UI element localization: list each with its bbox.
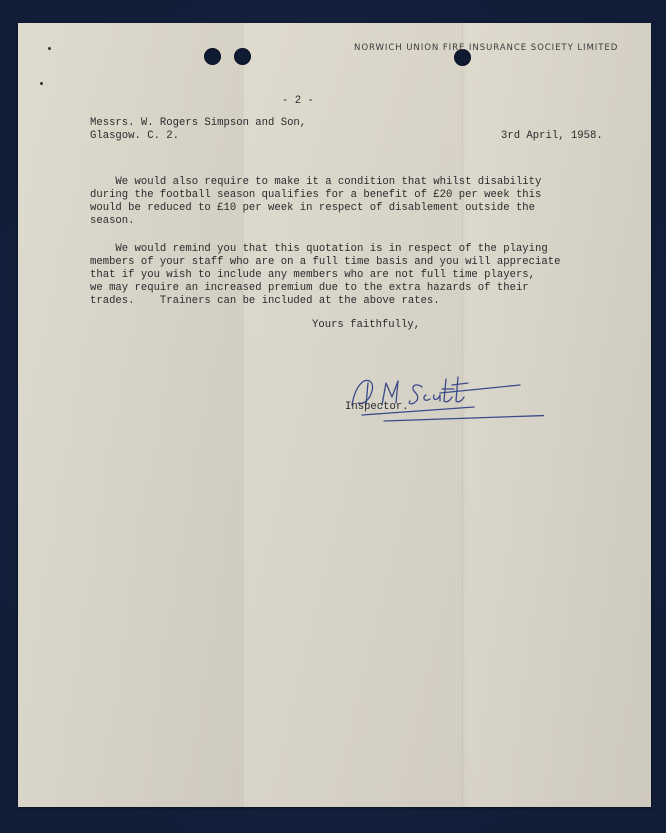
closing: Yours faithfully, <box>312 319 420 332</box>
paragraph-line: that if you wish to include any members … <box>90 269 535 281</box>
signature-icon <box>344 363 544 423</box>
paragraph-line: We would remind you that this quotation … <box>90 243 548 255</box>
recipient-line-1: Messrs. W. Rogers Simpson and Son, <box>90 117 306 129</box>
pin-hole <box>40 82 43 85</box>
paragraph-1: We would also require to make it a condi… <box>90 176 541 228</box>
punch-hole <box>204 48 221 65</box>
paragraph-line: would be reduced to £10 per week in resp… <box>90 202 535 214</box>
recipient-line-2: Glasgow. C. 2. <box>90 130 179 142</box>
paragraph-line: we may require an increased premium due … <box>90 282 529 294</box>
signatory-title: Inspector. <box>345 401 409 414</box>
paragraph-line: during the football season qualifies for… <box>90 189 541 201</box>
paragraph-line: members of your staff who are on a full … <box>90 256 560 268</box>
paragraph-2: We would remind you that this quotation … <box>90 243 560 308</box>
paragraph-line: season. <box>90 215 135 227</box>
page-number: - 2 - <box>282 95 314 108</box>
paragraph-line: We would also require to make it a condi… <box>90 176 541 188</box>
pin-hole <box>48 47 51 50</box>
punch-hole <box>234 48 251 65</box>
recipient-address: Messrs. W. Rogers Simpson and Son, Glasg… <box>90 117 306 143</box>
letter-sheet: NORWICH UNION FIRE INSURANCE SOCIETY LIM… <box>18 23 651 807</box>
letter-date: 3rd April, 1958. <box>501 130 603 143</box>
letterhead: NORWICH UNION FIRE INSURANCE SOCIETY LIM… <box>354 43 618 53</box>
paragraph-line: trades. Trainers can be included at the … <box>90 295 440 307</box>
